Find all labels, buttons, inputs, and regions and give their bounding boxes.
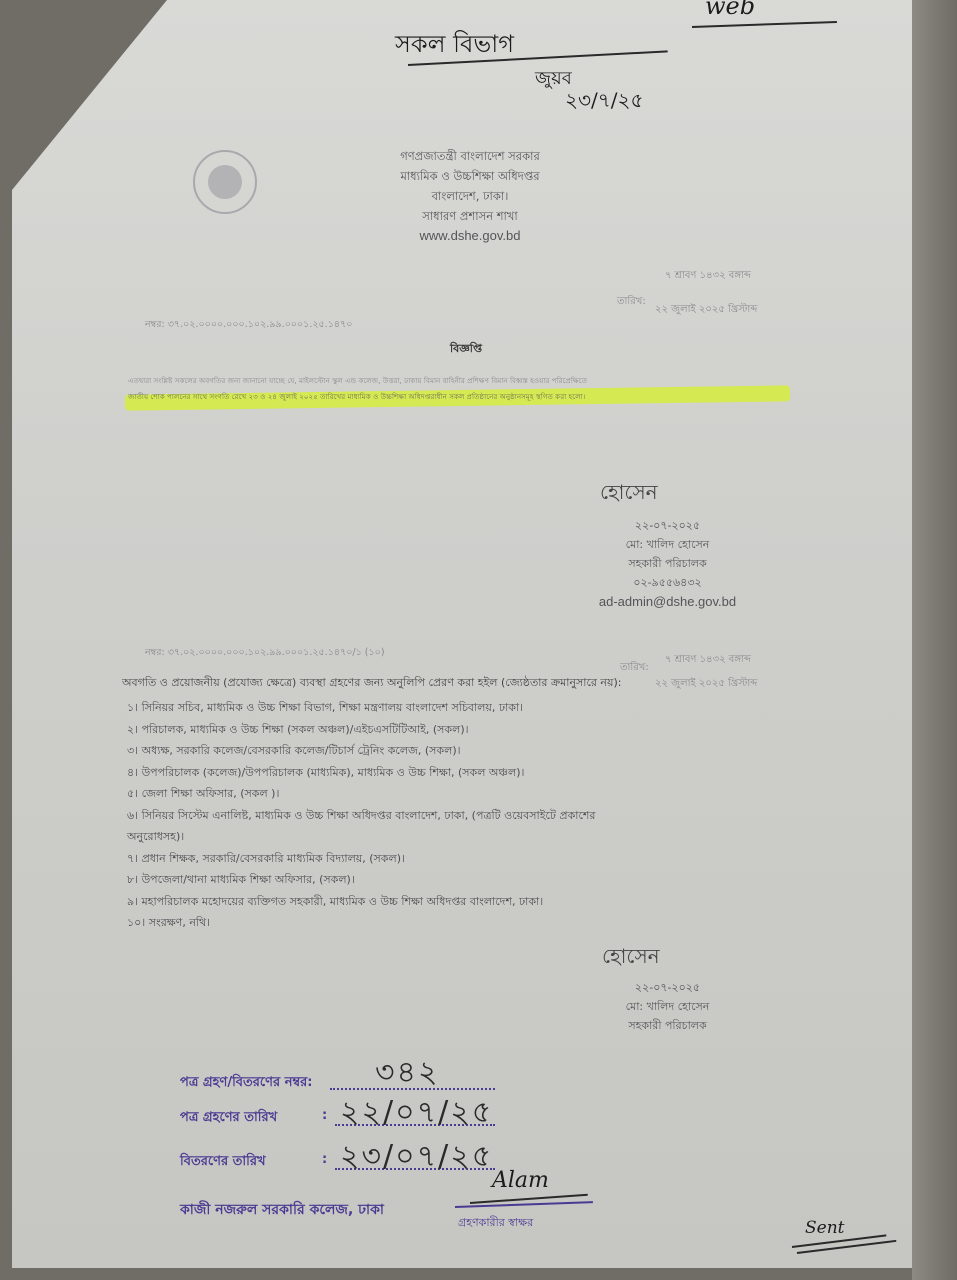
notice-memo-number: নম্বর: ৩৭.০২.০০০০.০০০.১০২.৯৯.০০০১.২৫.১৪৭… xyxy=(145,318,352,333)
handwritten-web-note: web xyxy=(705,0,755,20)
institution-name: কাজী নজরুল সরকারি কলেজ, ঢাকা xyxy=(180,1198,384,1222)
signatory-2-date: ২২-০৭-২০২৫ xyxy=(560,978,775,997)
recipient-item: ৭। প্রধান শিক্ষক, সরকারি/বেসরকারি মাধ্যম… xyxy=(127,848,887,870)
letterhead-website: www.dshe.gov.bd xyxy=(250,226,690,246)
signatory-1-name: মো: খালিদ হোসেন xyxy=(560,535,775,554)
recipient-item: ৮। উপজেলা/থানা মাধ্যমিক শিক্ষা অফিসার, (… xyxy=(127,869,887,891)
letterhead: গণপ্রজাতন্ত্রী বাংলাদেশ সরকার মাধ্যমিক ও… xyxy=(250,146,690,246)
copy-date-bangla: ৭ শ্রাবণ ১৪৩২ বঙ্গাব্দ xyxy=(665,652,751,669)
signature-2: হোসেন xyxy=(602,942,660,975)
recipient-item: ৫। জেলা শিক্ষা অফিসার, (সকল )। xyxy=(127,783,887,805)
page-shadow xyxy=(912,0,957,1280)
recipient-item: ১। সিনিয়র সচিব, মাধ্যমিক ও উচ্চ শিক্ষা … xyxy=(127,697,887,719)
government-seal-icon xyxy=(193,150,257,214)
letterhead-line1: গণপ্রজাতন্ত্রী বাংলাদেশ সরকার xyxy=(250,146,690,166)
handwritten-sent-note: Sent xyxy=(805,1218,845,1238)
letterhead-line4: সাধারণ প্রশাসন শাখা xyxy=(250,206,690,226)
signatory-1-phone: ০২-৯৫৫৬৪৩২ xyxy=(560,573,775,592)
signatory-1-email: ad-admin@dshe.gov.bd xyxy=(560,592,775,611)
colon: : xyxy=(322,1152,327,1167)
recipient-item: ৩। অধ্যক্ষ, সরকারি কলেজ/বেসরকারি কলেজ/টি… xyxy=(127,740,887,762)
handwritten-date: ২৩/৭/২৫ xyxy=(565,86,643,119)
letterhead-line2: মাধ্যমিক ও উচ্চশিক্ষা অধিদপ্তর xyxy=(250,166,690,186)
colon: : xyxy=(322,1108,327,1123)
notice-date-label: তারিখ: xyxy=(617,294,646,311)
distributed-date-value: ২৩/০৭/২৫ xyxy=(340,1132,493,1183)
receiver-signature: Alam xyxy=(492,1168,549,1193)
recipient-item: অনুরোধসহ)। xyxy=(127,826,887,848)
recipient-list: ১। সিনিয়র সচিব, মাধ্যমিক ও উচ্চ শিক্ষা … xyxy=(127,697,887,934)
signatory-2-block: ২২-০৭-২০২৫ মো: খালিদ হোসেন সহকারী পরিচাল… xyxy=(560,978,775,1035)
signatory-2-name: মো: খালিদ হোসেন xyxy=(560,997,775,1016)
signatory-2-designation: সহকারী পরিচালক xyxy=(560,1016,775,1035)
signature-1: হোসেন xyxy=(600,478,658,511)
copy-date-gregorian: ২২ জুলাই ২০২৫ খ্রিস্টাব্দ xyxy=(655,676,757,693)
notice-date-gregorian: ২২ জুলাই ২০২৫ খ্রিস্টাব্দ xyxy=(655,302,757,319)
letterhead-line3: বাংলাদেশ, ঢাকা। xyxy=(250,186,690,206)
distributed-date-label: বিতরণের তারিখ xyxy=(180,1152,266,1173)
signatory-1-date: ২২-০৭-২০২৫ xyxy=(560,516,775,535)
copy-intro: অবগতি ও প্রয়োজনীয় (প্রযোজ্য ক্ষেত্রে) … xyxy=(122,674,621,693)
notice-body-line2: জাতীয় শোক পালনের সাথে সংগতি রেখে ২৩ ও ২… xyxy=(128,392,793,404)
receipt-number-label: পত্র গ্রহণ/বিতরণের নম্বর: xyxy=(180,1073,312,1094)
notice-date-bangla: ৭ শ্রাবণ ১৪৩২ বঙ্গাব্দ xyxy=(665,268,751,285)
notice-body-line1: এতদ্বারা সংশ্লিষ্ট সকলের অবগতির জন্য জান… xyxy=(128,376,803,388)
recipient-item: ৯। মহাপরিচালক মহোদয়ের ব্যক্তিগত সহকারী,… xyxy=(127,891,887,913)
recipient-item: ৬। সিনিয়র সিস্টেম এনালিষ্ট, মাধ্যমিক ও … xyxy=(127,805,887,827)
copy-date-label: তারিখ: xyxy=(620,660,649,677)
received-date-label: পত্র গ্রহণের তারিখ xyxy=(180,1108,277,1129)
copy-memo-number: নম্বর: ৩৭.০২.০০০০.০০০.১০২.৯৯.০০০১.২৫.১৪৭… xyxy=(145,646,385,661)
recipient-item: ৪। উপপরিচালক (কলেজ)/উপপরিচালক (মাধ্যমিক)… xyxy=(127,762,887,784)
notice-title: বিজ্ঞপ্তি xyxy=(450,340,482,359)
recipient-item: ২। পরিচালক, মাধ্যমিক ও উচ্চ শিক্ষা (সকল … xyxy=(127,719,887,741)
signatory-1-block: ২২-০৭-২০২৫ মো: খালিদ হোসেন সহকারী পরিচাল… xyxy=(560,516,775,611)
recipient-item: ১০। সংরক্ষণ, নথি। xyxy=(127,912,887,934)
receiver-signature-label: গ্রহণকারীর স্বাক্ষর xyxy=(458,1214,533,1233)
signatory-1-designation: সহকারী পরিচালক xyxy=(560,554,775,573)
